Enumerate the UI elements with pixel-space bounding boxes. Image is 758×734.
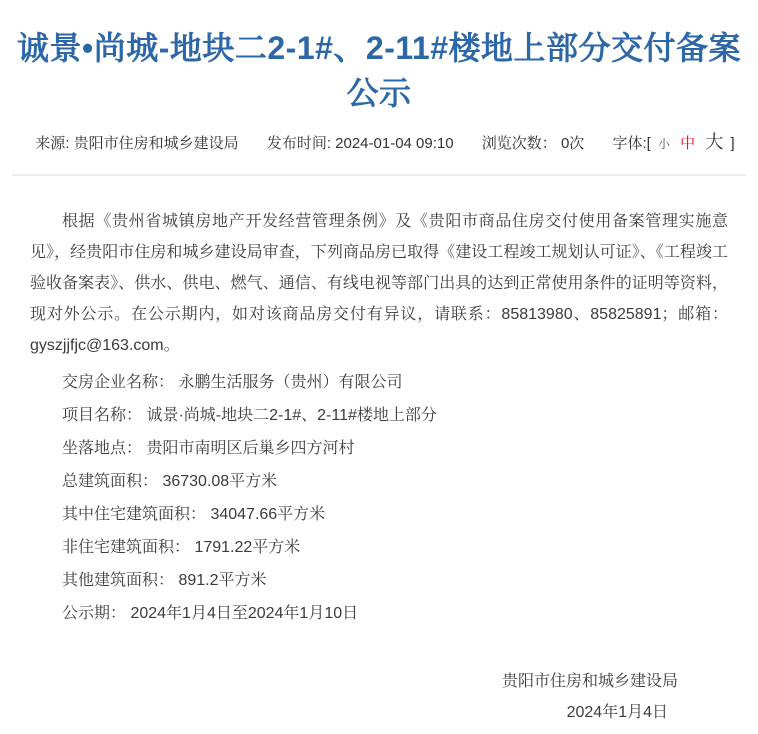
meta-view-count: 浏览次数： 0次: [482, 135, 589, 152]
detail-project-name: 项目名称： 诚景·尚城-地块二2-1#、2-11#楼地上部分: [30, 400, 728, 431]
meta-source-value: 贵阳市住房和城乡建设局: [74, 135, 239, 152]
announcement-page: 诚景•尚城-地块二2-1#、2-11#楼地上部分交付备案公示 来源: 贵阳市住房…: [0, 0, 758, 734]
article-content: 根据《贵州省城镇房地产开发经营管理条例》及《贵阳市商品住房交付使用备案管理实施意…: [0, 176, 758, 728]
detail-location: 坐落地点： 贵阳市南明区后巢乡四方河村: [30, 433, 728, 464]
signature-date: 2024年1月4日: [30, 697, 678, 728]
intro-paragraph: 根据《贵州省城镇房地产开发经营管理条例》及《贵阳市商品住房交付使用备案管理实施意…: [30, 206, 728, 361]
detail-non-residential-area: 非住宅建筑面积： 1791.22平方米: [30, 532, 728, 563]
detail-delivery-company: 交房企业名称： 永鹏生活服务（贵州）有限公司: [30, 367, 728, 398]
meta-bar: 来源: 贵阳市住房和城乡建设局 发布时间: 2024-01-04 09:10 浏…: [0, 131, 758, 155]
font-size-switcher: 字体:[ 小 中 大 ]: [612, 135, 734, 152]
font-size-medium-button[interactable]: 中: [680, 135, 695, 152]
meta-views-label: 浏览次数：: [482, 135, 557, 152]
meta-publish-value: 2024-01-04 09:10: [335, 135, 453, 152]
detail-total-area: 总建筑面积： 36730.08平方米: [30, 466, 728, 497]
meta-views-value: 0次: [561, 135, 584, 152]
meta-source: 来源: 贵阳市住房和城乡建设局: [35, 135, 243, 152]
meta-source-label: 来源:: [35, 135, 69, 152]
signature-org: 贵阳市住房和城乡建设局: [30, 666, 678, 697]
detail-other-area: 其他建筑面积： 891.2平方米: [30, 565, 728, 596]
meta-publish-label: 发布时间:: [267, 135, 331, 152]
font-switcher-bracket-close: ]: [731, 135, 735, 152]
font-size-small-button[interactable]: 小: [658, 137, 670, 151]
signature-block: 贵阳市住房和城乡建设局 2024年1月4日: [30, 666, 728, 728]
meta-publish-time: 发布时间: 2024-01-04 09:10: [267, 135, 458, 152]
detail-publicity-period: 公示期： 2024年1月4日至2024年1月10日: [30, 598, 728, 629]
detail-residential-area: 其中住宅建筑面积： 34047.66平方米: [30, 499, 728, 530]
font-size-large-button[interactable]: 大: [705, 132, 723, 152]
page-title: 诚景•尚城-地块二2-1#、2-11#楼地上部分交付备案公示: [0, 0, 758, 116]
font-switcher-label: 字体:[: [612, 135, 650, 152]
